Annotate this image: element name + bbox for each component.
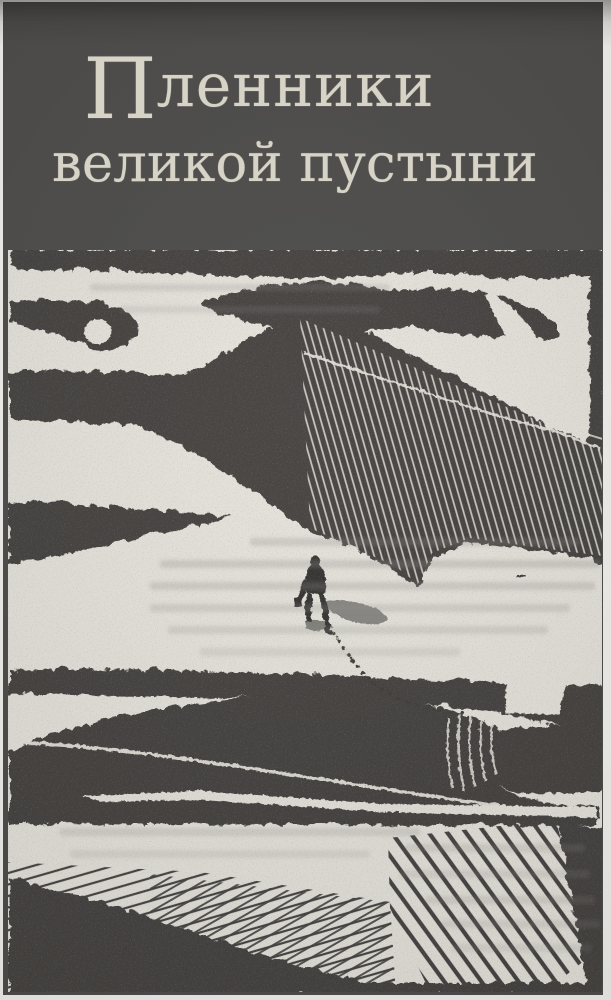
grain-overlay-light [8, 250, 602, 992]
title-line1-rest: ленники [157, 51, 435, 121]
title-initial-letter: П [83, 40, 156, 138]
title-line-1: Пленники [52, 46, 466, 133]
book-title: Пленники великой пустыни [52, 46, 466, 191]
book-cover-page: Пленники великой пустыни [0, 0, 611, 1000]
title-line-2: великой пустыни [52, 136, 466, 191]
